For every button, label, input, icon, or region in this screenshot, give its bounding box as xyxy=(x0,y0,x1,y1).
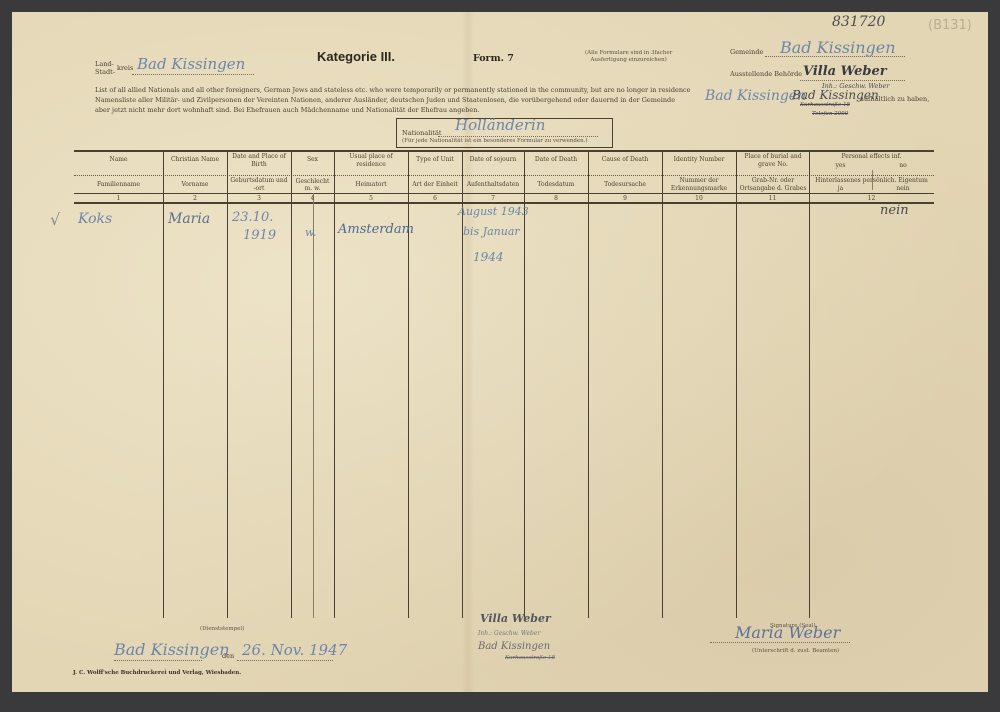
land-label: Land- xyxy=(95,60,115,68)
kreis-label: kreis xyxy=(117,64,133,72)
header-num-6: 6 xyxy=(408,195,462,203)
cell-sojourn-3: 1944 xyxy=(473,250,504,264)
header-sojourn-en: Date of sojourn xyxy=(462,156,524,164)
intro-german-2: aufhältlich zu haben, xyxy=(860,95,929,103)
footer-den-label: den xyxy=(222,652,234,660)
place-field-line xyxy=(114,660,202,661)
header-unit-de: Art der Einheit xyxy=(408,181,462,189)
col-divider-sex xyxy=(313,193,314,618)
signature-field-line xyxy=(710,642,850,643)
intro-stamp-phone: Telefon 2000 xyxy=(812,111,848,117)
kreis-field-line xyxy=(132,74,254,75)
header-identity-en: Identity Number xyxy=(662,156,736,164)
header-name-en: Name xyxy=(74,156,163,164)
col-divider-7 xyxy=(524,150,525,618)
header-sex-sub: m. w. xyxy=(291,185,334,193)
header-death-cause-de: Todesursache xyxy=(588,181,662,189)
col-divider-5 xyxy=(408,150,409,618)
date-field-line xyxy=(237,660,333,661)
cell-birth-year: 1919 xyxy=(243,228,276,243)
gemeinde-label: Gemeinde xyxy=(730,48,763,56)
header-num-3: 3 xyxy=(227,195,291,203)
header-christian-en: Christian Name xyxy=(163,156,227,164)
dienststamp-label: (Dienststempel) xyxy=(200,626,244,632)
col-divider-9 xyxy=(662,150,663,618)
intro-german-1: Namensliste aller Militär- und Zivilpers… xyxy=(95,96,700,104)
header-num-10: 10 xyxy=(662,195,736,203)
table-top-border xyxy=(74,150,934,152)
header-num-7: 7 xyxy=(462,195,524,203)
header-residence-en: Usual place of residence xyxy=(337,153,405,168)
col-divider-11 xyxy=(809,150,810,618)
header-num-2: 2 xyxy=(163,195,227,203)
form-note: (Alle Formulare sind in 3facher Ausferti… xyxy=(585,50,672,63)
intro-community-value: Bad Kissingen xyxy=(705,88,806,104)
header-birth-de: Geburtsdatum und -ort xyxy=(229,177,289,192)
nationality-label: Nationalität xyxy=(402,129,442,137)
header-num-9: 9 xyxy=(588,195,662,203)
form-note-line2: Ausfertigung einzureichen) xyxy=(585,57,672,64)
header-sex-en: Sex xyxy=(291,156,334,164)
footer-date: 26. Nov. 1947 xyxy=(242,641,347,659)
stamp-place: Bad Kissingen xyxy=(478,641,550,652)
row-check-mark: √ xyxy=(50,210,60,229)
header-num-11: 11 xyxy=(736,195,809,203)
col-divider-4 xyxy=(334,150,335,618)
cell-christian-name: Maria xyxy=(168,211,210,227)
nationality-field-line xyxy=(438,136,598,137)
stamp-street: Kurhausstraße 18 xyxy=(505,655,555,661)
nationality-note: (Für jede Nationalität ist ein besondere… xyxy=(402,138,588,144)
cell-birth-date: 23.10. xyxy=(232,210,273,225)
header-name-de: Familienname xyxy=(74,181,163,189)
header-sojourn-de: Aufenthaltsdaten xyxy=(462,181,524,189)
cell-sojourn-2: bis Januar xyxy=(463,225,520,238)
stadt-label: Stadt- xyxy=(95,68,115,76)
stamp-name: Villa Weber xyxy=(480,612,551,625)
header-effects-nein: nein xyxy=(872,185,934,193)
archive-number: 831720 xyxy=(832,14,885,30)
behoerde-label: Ausstellende Behörde xyxy=(730,70,802,78)
header-death-date-de: Todesdatum xyxy=(524,181,588,189)
header-birth-en: Date and Place of Birth xyxy=(229,153,289,168)
form-note-line1: (Alle Formulare sind in 3facher xyxy=(585,50,672,57)
header-num-4: 4 xyxy=(291,195,334,203)
header-death-cause-en: Cause of Death xyxy=(588,156,662,164)
header-num-5: 5 xyxy=(334,195,408,203)
paper-fold xyxy=(462,12,474,692)
cell-effects: nein xyxy=(880,203,909,218)
cell-residence: Amsterdam xyxy=(338,222,414,237)
printer-imprint: J. C. Wolff'sche Buchdruckerei und Verla… xyxy=(73,670,241,676)
header-effects-en: Personal effects inf. xyxy=(809,153,934,161)
col-divider-3 xyxy=(291,150,292,618)
header-unit-en: Type of Unit xyxy=(408,156,462,164)
header-burial-en: Place of burial and grave No. xyxy=(740,153,806,168)
intro-stamp-street: Kurhausstraße 18 xyxy=(800,102,850,108)
form-title: Kategorie III. xyxy=(317,49,395,64)
col-divider-6 xyxy=(462,150,463,618)
cell-sex-w: w. xyxy=(305,226,317,239)
header-effects-no: no xyxy=(872,162,934,170)
intro-german-3: aber jetzt nicht mehr dort wohnhaft sind… xyxy=(95,106,495,114)
intro-english: List of all allied Nationals and all oth… xyxy=(95,86,725,94)
nationality-value: Holländerin xyxy=(455,116,545,134)
form-number: Form. 7 xyxy=(473,53,514,64)
kreis-value: Bad Kissingen xyxy=(137,55,245,73)
gemeinde-value: Bad Kissingen xyxy=(780,38,896,57)
header-effects-ja: ja xyxy=(809,185,872,193)
table-header-bottom xyxy=(74,193,934,194)
signature-value: Maria Weber xyxy=(735,623,840,642)
col-divider-1 xyxy=(163,150,164,618)
behoerde-value: Villa Weber xyxy=(803,64,887,79)
header-burial-de: Grab-Nr. oder Ortsangabe d. Grabes xyxy=(738,177,808,192)
land-stadt-label: Land- Stadt- xyxy=(95,60,115,76)
header-num-1: 1 xyxy=(74,195,163,203)
header-effects-de: Hinterlassenes persönlich. Eigentum xyxy=(809,177,934,185)
archive-ref-pencil: (B131) xyxy=(928,18,972,33)
col-divider-10 xyxy=(736,150,737,618)
header-num-8: 8 xyxy=(524,195,588,203)
header-num-12: 12 xyxy=(809,195,934,203)
header-effects-yes: yes xyxy=(809,162,872,170)
footer-place: Bad Kissingen xyxy=(114,640,230,659)
header-death-date-en: Date of Death xyxy=(524,156,588,164)
col-divider-2 xyxy=(227,150,228,618)
col-divider-8 xyxy=(588,150,589,618)
header-identity-de: Nummer der Erkennungsmarke xyxy=(666,177,732,192)
cell-sojourn-1: August 1943 xyxy=(458,205,529,218)
cell-name: Koks xyxy=(78,211,112,227)
behoerde-field-line xyxy=(800,80,905,81)
signature-de-label: (Unterschrift d. zust. Beamten) xyxy=(752,648,839,654)
header-residence-de: Heimatort xyxy=(334,181,408,189)
stamp-owner: Inh.: Geschw. Weber xyxy=(478,630,540,637)
header-christian-de: Vorname xyxy=(163,181,227,189)
